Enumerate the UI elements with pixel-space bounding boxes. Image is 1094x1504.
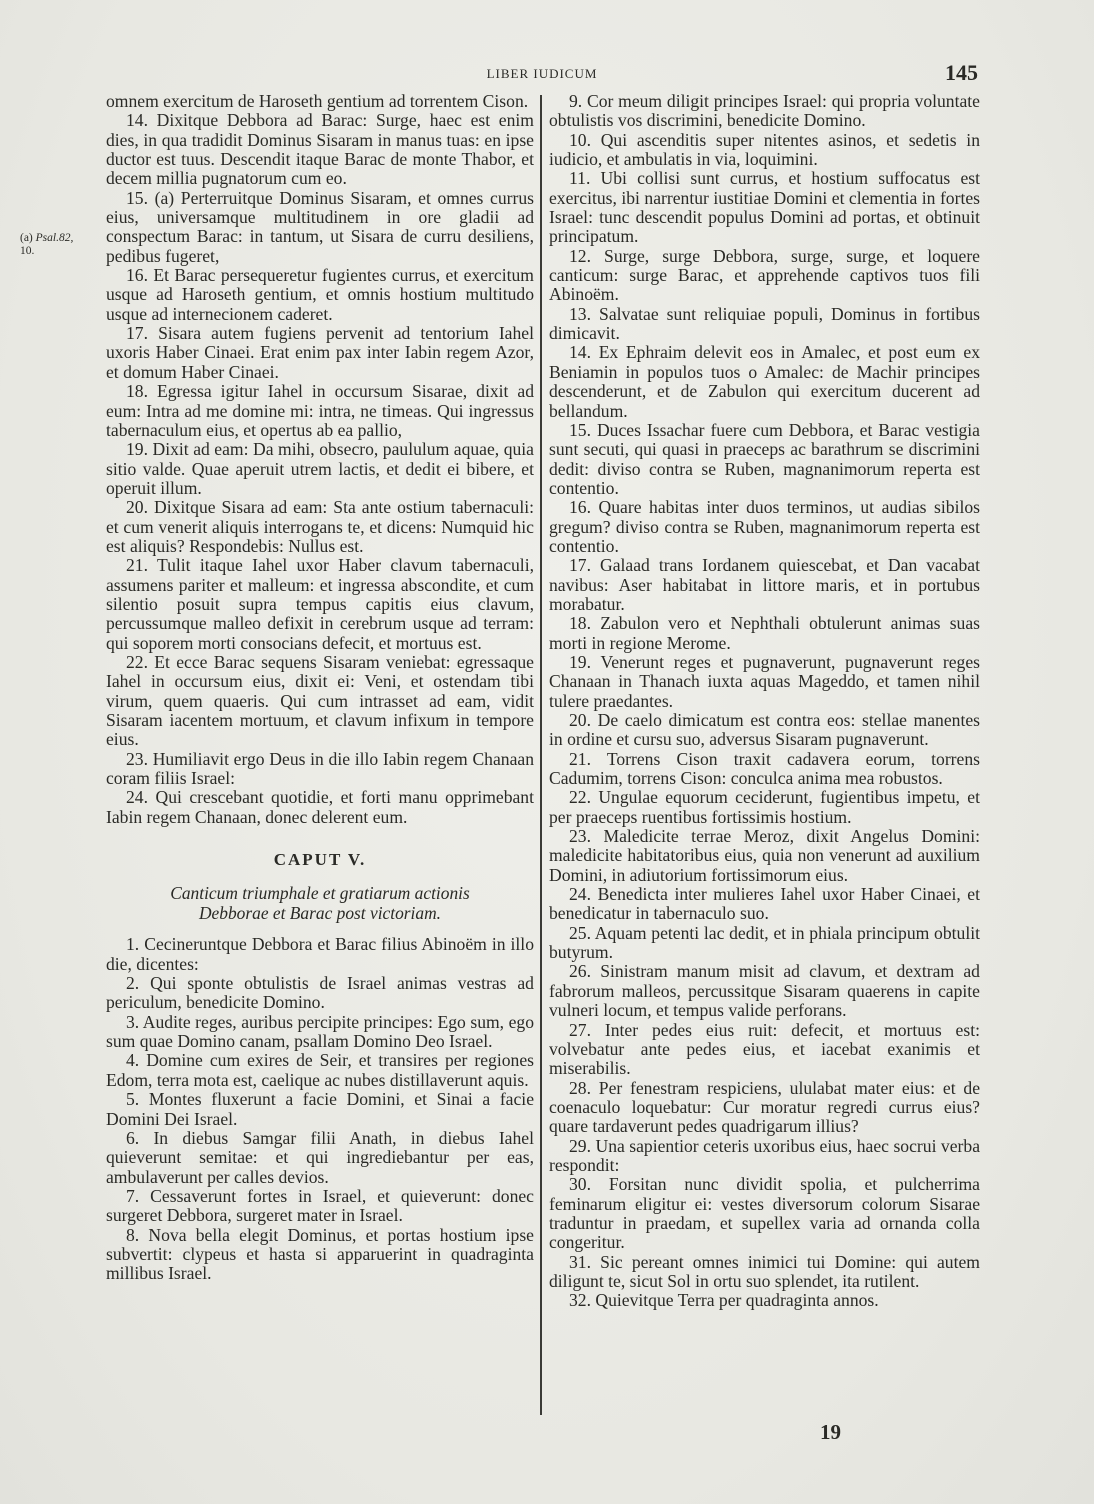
verse: 4. Domine cum exires de Seir, et transir…: [106, 1051, 534, 1090]
verse: 32. Quievitque Terra per quadraginta ann…: [549, 1291, 980, 1310]
verse: 1. Cecineruntque Debbora et Barac filius…: [106, 935, 534, 974]
verse-text: Nova bella elegit Dominus, et portas hos…: [106, 1225, 534, 1284]
verse-number: 22.: [126, 652, 148, 672]
chapter-summary-line: Canticum triumphale et gratiarum actioni…: [170, 883, 470, 903]
verse: 5. Montes fluxerunt a facie Domini, et S…: [106, 1090, 534, 1129]
verse-number: 13.: [569, 304, 591, 324]
verse: 17. Galaad trans Iordanem quiescebat, et…: [549, 556, 980, 614]
verse: 27. Inter pedes eius ruit: defecit, et m…: [549, 1021, 980, 1079]
verse-number: 24.: [126, 787, 148, 807]
verse: 14. Dixitque Debbora ad Barac: Surge, ha…: [106, 111, 534, 188]
verse-number: 18.: [569, 613, 591, 633]
margin-note-marker: (a): [20, 232, 33, 244]
verse: 23. Humiliavit ergo Deus in die illo Iab…: [106, 750, 534, 789]
right-column: 9. Cor meum diligit principes Israel: qu…: [549, 92, 980, 1311]
verse: 29. Una sapientior ceteris uxoribus eius…: [549, 1137, 980, 1176]
verse-number: 6.: [126, 1128, 139, 1148]
verse: 26. Sinistram manum misit ad clavum, et …: [549, 962, 980, 1020]
verse-text: Venerunt reges et pugnaverunt, pugnaveru…: [549, 652, 980, 711]
left-column: omnem exercitum de Haroseth gentium ad t…: [106, 92, 534, 1284]
verse: 28. Per fenestram respiciens, ululabat m…: [549, 1079, 980, 1137]
verse-text: Salvatae sunt reliquiae populi, Dominus …: [549, 304, 980, 343]
verse-text: Cor meum diligit principes Israel: qui p…: [549, 91, 980, 130]
verse-text: Domine cum exires de Seir, et transires …: [106, 1050, 534, 1089]
verse-number: 26.: [569, 961, 591, 981]
verse-text: Cessaverunt fortes in Israel, et quiever…: [106, 1186, 534, 1225]
verse-text: Humiliavit ergo Deus in die illo Iabin r…: [106, 749, 534, 788]
verse-text: Dixitque Debbora ad Barac: Surge, haec e…: [106, 110, 534, 188]
verse: 24. Benedicta inter mulieres Iahel uxor …: [549, 885, 980, 924]
verse: 24. Qui crescebant quotidie, et forti ma…: [106, 788, 534, 827]
verse-number: 23.: [569, 826, 591, 846]
verse-text: Maledicite terrae Meroz, dixit Angelus D…: [549, 826, 980, 885]
verse-text: Galaad trans Iordanem quiescebat, et Dan…: [549, 555, 980, 614]
verse-number: 15.: [126, 188, 148, 208]
verse-text: Torrens Cison traxit cadavera eorum, tor…: [549, 749, 980, 788]
verse-number: 9.: [569, 91, 582, 111]
verse-number: 23.: [126, 749, 148, 769]
verse-number: 7.: [126, 1186, 139, 1206]
chapter-heading: CAPUT V.: [106, 850, 534, 869]
verse: 19. Venerunt reges et pugnaverunt, pugna…: [549, 653, 980, 711]
verse-number: 2.: [126, 973, 139, 993]
verse: 16. Et Barac persequeretur fugientes cur…: [106, 266, 534, 324]
verse: 17. Sisara autem fugiens pervenit ad ten…: [106, 324, 534, 382]
verse-number: 4.: [126, 1050, 139, 1070]
verse-text: De caelo dimicatum est contra eos: stell…: [549, 710, 980, 749]
verse-number: 31.: [569, 1252, 591, 1272]
verse-number: 8.: [126, 1225, 139, 1245]
verse: 22. Ungulae equorum ceciderunt, fugienti…: [549, 788, 980, 827]
verse: 19. Dixit ad eam: Da mihi, obsecro, paul…: [106, 440, 534, 498]
verse-text: Sisara autem fugiens pervenit ad tentori…: [106, 323, 534, 382]
verse: 23. Maledicite terrae Meroz, dixit Angel…: [549, 827, 980, 885]
continuation-text: omnem exercitum de Haroseth gentium ad t…: [106, 92, 534, 111]
verse-text: Per fenestram respiciens, ululabat mater…: [549, 1078, 980, 1137]
verse-text: Quievitque Terra per quadraginta annos.: [595, 1290, 878, 1310]
verse: 15. Duces Issachar fuere cum Debbora, et…: [549, 421, 980, 498]
verse-number: 16.: [126, 265, 148, 285]
verse: 2. Qui sponte obtulistis de Israel anima…: [106, 974, 534, 1013]
verse-text: Benedicta inter mulieres Iahel uxor Habe…: [549, 884, 980, 923]
verse: 18. Egressa igitur Iahel in occursum Sis…: [106, 382, 534, 440]
running-head: LIBER IUDICUM 145: [106, 62, 978, 84]
verse-number: 14.: [126, 110, 148, 130]
verse: 31. Sic pereant omnes inimici tui Domine…: [549, 1253, 980, 1292]
verse: 18. Zabulon vero et Nephthali obtulerunt…: [549, 614, 980, 653]
verse: 20. Dixitque Sisara ad eam: Sta ante ost…: [106, 498, 534, 556]
verse-number: 5.: [126, 1089, 139, 1109]
verse-text: Ex Ephraim delevit eos in Amalec, et pos…: [549, 342, 980, 420]
verse-text: Cecineruntque Debbora et Barac filius Ab…: [106, 934, 534, 973]
verse: 8. Nova bella elegit Dominus, et portas …: [106, 1226, 534, 1284]
verse-text: Surge, surge Debbora, surge, surge, et l…: [549, 246, 980, 305]
verse-text: Zabulon vero et Nephthali obtulerunt ani…: [549, 613, 980, 652]
verse-text: Ungulae equorum ceciderunt, fugientibus …: [549, 787, 980, 826]
verse-text: Audite reges, auribus percipite principe…: [106, 1012, 534, 1051]
margin-note-ref-cont: 10.: [20, 245, 34, 257]
verse: 7. Cessaverunt fortes in Israel, et quie…: [106, 1187, 534, 1226]
verse: 10. Qui ascenditis super nitentes asinos…: [549, 131, 980, 170]
verse: 13. Salvatae sunt reliquiae populi, Domi…: [549, 305, 980, 344]
verse-text: (a) Perterruitque Dominus Sisaram, et om…: [106, 188, 534, 266]
verse: 25. Aquam petenti lac dedit, et in phial…: [549, 924, 980, 963]
verse-text: Qui sponte obtulistis de Israel animas v…: [106, 973, 534, 1012]
margin-note: (a) Psal.82, 10.: [20, 232, 100, 258]
verse-number: 15.: [569, 420, 591, 440]
verse-number: 25.: [569, 923, 591, 943]
verse-text: Et Barac persequeretur fugientes currus,…: [106, 265, 534, 324]
verse-number: 20.: [126, 497, 148, 517]
verse: 15. (a) Perterruitque Dominus Sisaram, e…: [106, 189, 534, 266]
verse: 9. Cor meum diligit principes Israel: qu…: [549, 92, 980, 131]
verse-number: 27.: [569, 1020, 591, 1040]
page-number: 145: [945, 60, 978, 86]
chapter-summary-line: Debborae et Barac post victoriam.: [199, 903, 441, 923]
verse-text: Sinistram manum misit ad clavum, et dext…: [549, 961, 980, 1020]
verse-text: Montes fluxerunt a facie Domini, et Sina…: [106, 1089, 534, 1128]
column-divider: [540, 95, 542, 1415]
verse-number: 19.: [126, 439, 148, 459]
verse-number: 22.: [569, 787, 591, 807]
verse-number: 28.: [569, 1078, 591, 1098]
verse-number: 11.: [569, 168, 590, 188]
verse-number: 17.: [126, 323, 148, 343]
verse-number: 10.: [569, 130, 591, 150]
verse-text: Duces Issachar fuere cum Debbora, et Bar…: [549, 420, 980, 498]
verse-text: Aquam petenti lac dedit, et in phiala pr…: [549, 923, 980, 962]
verse-number: 17.: [569, 555, 591, 575]
verse: 14. Ex Ephraim delevit eos in Amalec, et…: [549, 343, 980, 420]
verse-text: Sic pereant omnes inimici tui Domine: qu…: [549, 1252, 980, 1291]
verse-number: 20.: [569, 710, 591, 730]
signature-mark: 19: [820, 1420, 841, 1445]
verse-number: 12.: [569, 246, 591, 266]
verse-number: 18.: [126, 381, 148, 401]
verse-number: 29.: [569, 1136, 591, 1156]
verse-text: Tulit itaque Iahel uxor Haber clavum tab…: [106, 555, 534, 652]
verse-number: 3.: [126, 1012, 139, 1032]
verse-text: Dixitque Sisara ad eam: Sta ante ostium …: [106, 497, 534, 556]
margin-note-ref: Psal.82,: [36, 232, 74, 244]
verse-text: Egressa igitur Iahel in occursum Sisarae…: [106, 381, 534, 440]
verse: 21. Torrens Cison traxit cadavera eorum,…: [549, 750, 980, 789]
verse: 22. Et ecce Barac sequens Sisaram venieb…: [106, 653, 534, 750]
verse: 16. Quare habitas inter duos terminos, u…: [549, 498, 980, 556]
verse: 30. Forsitan nunc dividit spolia, et pul…: [549, 1175, 980, 1252]
verse-number: 19.: [569, 652, 591, 672]
verse-text: In diebus Samgar filii Anath, in diebus …: [106, 1128, 534, 1187]
verse-text: Inter pedes eius ruit: defecit, et mortu…: [549, 1020, 980, 1079]
verse-number: 16.: [569, 497, 591, 517]
verse: 3. Audite reges, auribus percipite princ…: [106, 1013, 534, 1052]
verse-text: Quare habitas inter duos terminos, ut au…: [549, 497, 980, 556]
verse-number: 1.: [126, 934, 139, 954]
verse-text: Ubi collisi sunt currus, et hostium suff…: [549, 168, 980, 246]
verse: 12. Surge, surge Debbora, surge, surge, …: [549, 247, 980, 305]
verse-number: 24.: [569, 884, 591, 904]
verse-text: Dixit ad eam: Da mihi, obsecro, paululum…: [106, 439, 534, 498]
verse: 11. Ubi collisi sunt currus, et hostium …: [549, 169, 980, 246]
verse-number: 32.: [569, 1290, 591, 1310]
verse-number: 14.: [569, 342, 591, 362]
chapter-summary: Canticum triumphale et gratiarum actioni…: [106, 883, 534, 923]
verse: 21. Tulit itaque Iahel uxor Haber clavum…: [106, 556, 534, 653]
verse: 6. In diebus Samgar filii Anath, in dieb…: [106, 1129, 534, 1187]
verse-number: 21.: [569, 749, 591, 769]
book-page: LIBER IUDICUM 145 (a) Psal.82, 10. omnem…: [0, 0, 1094, 1504]
verse-text: Qui crescebant quotidie, et forti manu o…: [106, 787, 534, 826]
verse-text: Qui ascenditis super nitentes asinos, et…: [549, 130, 980, 169]
verse-text: Forsitan nunc dividit spolia, et pulcher…: [549, 1174, 980, 1252]
verse-text: Una sapientior ceteris uxoribus eius, ha…: [549, 1136, 980, 1175]
verse-text: Et ecce Barac sequens Sisaram veniebat: …: [106, 652, 534, 749]
running-title: LIBER IUDICUM: [106, 66, 978, 82]
verse-number: 30.: [569, 1174, 591, 1194]
verse: 20. De caelo dimicatum est contra eos: s…: [549, 711, 980, 750]
verse-number: 21.: [126, 555, 148, 575]
